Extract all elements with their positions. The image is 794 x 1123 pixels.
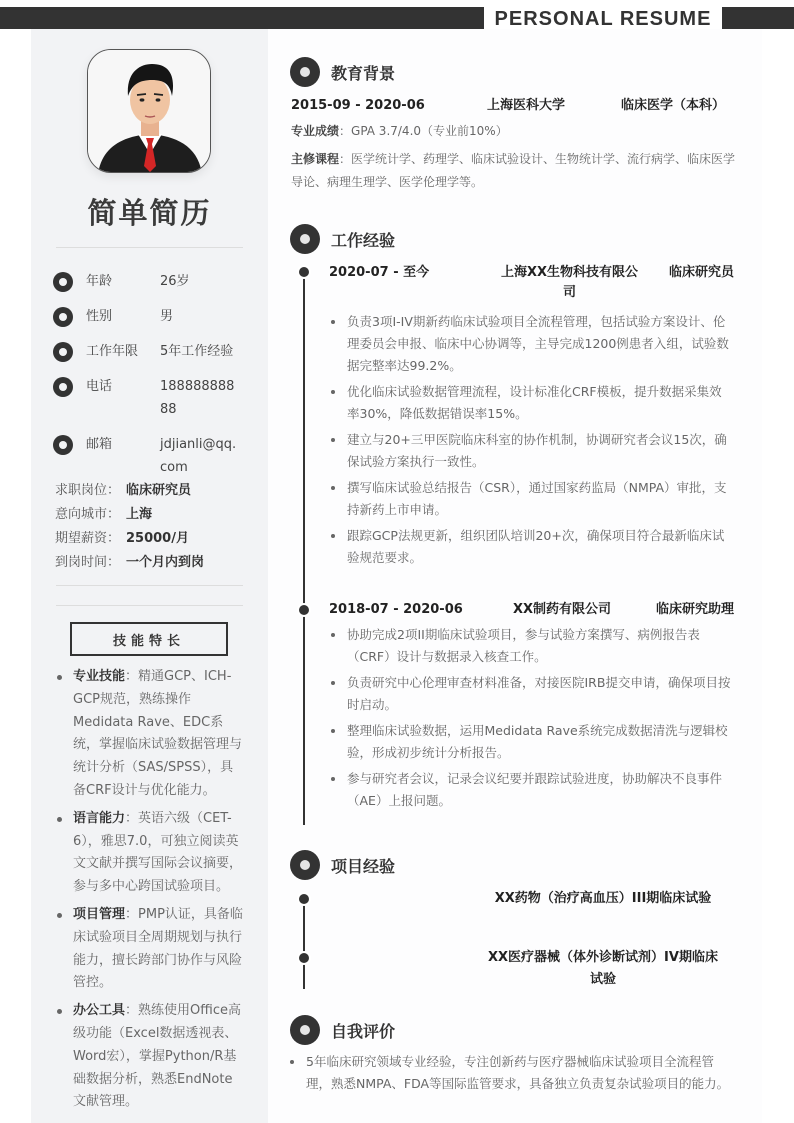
work-bullet: 建立与20+三甲医院临床科室的协作机制，协调研究者会议15次，确保试验方案执行一… <box>329 429 734 473</box>
section-title: 教育背景 <box>331 61 395 84</box>
work-bullet: 撰写临床试验总结报告（CSR），通过国家药监局（NMPA）审批，支持新药上市申请… <box>329 477 734 521</box>
education-courses: 主修课程：医学统计学、药理学、临床试验设计、生物统计学、流行病学、临床医学导论、… <box>291 148 736 194</box>
skills-title: 技能特长 <box>70 622 228 656</box>
section-header-projects: 项目经验 <box>290 850 395 880</box>
section-circle-icon <box>290 850 320 880</box>
score-text: ：GPA 3.7/4.0（专业前10%） <box>339 124 508 138</box>
divider <box>56 247 243 248</box>
timeline-dot-icon <box>297 892 311 906</box>
sidebar: 简单简历 年龄 26岁 性别 男 工作年限 5年工作经验 电话 18888888… <box>31 29 268 1123</box>
avatar <box>87 49 211 173</box>
info-label: 邮箱 <box>86 435 160 455</box>
job-label: 期望薪资： <box>55 527 126 551</box>
education-school: 上海医科大学 <box>487 96 621 116</box>
job-row: 期望薪资： 25000/月 <box>55 527 204 551</box>
work-company: 上海XX生物科技有限公司 <box>497 263 642 303</box>
work-bullet: 跟踪GCP法规更新，组织团队培训20+次，确保项目符合最新临床试验规范要求。 <box>329 525 734 569</box>
skill-text: ：精通GCP、ICH-GCP规范，熟练操作Medidata Rave、EDC系统… <box>73 669 242 798</box>
info-label: 性别 <box>86 307 160 327</box>
job-intention-list: 求职岗位： 临床研究员 意向城市： 上海 期望薪资： 25000/月 到岗时间：… <box>55 479 204 575</box>
bullet-circle-icon <box>53 342 73 362</box>
job-value: 临床研究员 <box>126 479 191 503</box>
work-period: 2020-07 - 至今 <box>329 263 497 303</box>
info-value: 26岁 <box>160 270 242 293</box>
work-period: 2018-07 - 2020-06 <box>329 600 497 620</box>
timeline-dot-icon <box>297 951 311 965</box>
section-header-work: 工作经验 <box>290 224 395 254</box>
skill-item: 语言能力：英语六级（CET-6），雅思7.0，可独立阅读英文文献并撰写国际会议摘… <box>55 808 245 899</box>
info-label: 工作年限 <box>86 342 160 362</box>
email-value[interactable]: jdjianli@qq.com <box>160 433 242 479</box>
section-header-education: 教育背景 <box>290 57 395 87</box>
info-row-phone: 电话 18888888888 <box>53 377 253 421</box>
timeline-dot-icon <box>297 603 311 617</box>
skills-list: 专业技能：精通GCP、ICH-GCP规范，熟练操作Medidata Rave、E… <box>55 666 245 1119</box>
section-title: 工作经验 <box>331 228 395 251</box>
self-eval-bullet: 5年临床研究领域专业经验，专注创新药与医疗器械临床试验项目全流程管理，熟悉NMP… <box>288 1051 734 1095</box>
info-row-gender: 性别 男 <box>53 307 253 328</box>
skill-item: 办公工具：熟练使用Office高级功能（Excel数据透视表、Word宏），掌握… <box>55 1000 245 1114</box>
section-title: 项目经验 <box>331 854 395 877</box>
work-position: 临床研究助理 <box>627 600 734 620</box>
main-content: 教育背景 2015-09 - 2020-06 上海医科大学 临床医学（本科） 专… <box>268 29 762 1123</box>
score-label: 专业成绩 <box>291 124 339 138</box>
info-value: 5年工作经验 <box>160 340 242 363</box>
info-row-email: 邮箱 jdjianli@qq.com <box>53 435 253 479</box>
timeline-line <box>303 275 305 825</box>
job-value: 上海 <box>126 503 152 527</box>
bullet-circle-icon <box>53 377 73 397</box>
section-header-self-eval: 自我评价 <box>290 1015 395 1045</box>
skill-item: 项目管理：PMP认证，具备临床试验项目全周期规划与执行能力，擅长跨部门协作与风险… <box>55 904 245 995</box>
work-bullet: 协助完成2项II期临床试验项目，参与试验方案撰写、病例报告表（CRF）设计与数据… <box>329 624 734 668</box>
divider <box>56 585 243 586</box>
work-bullet: 负责3项I-IV期新药临床试验项目全流程管理，包括试验方案设计、伦理委员会申报、… <box>329 311 734 377</box>
job-row: 意向城市： 上海 <box>55 503 204 527</box>
bullet-circle-icon <box>53 435 73 455</box>
work-bullets: 负责3项I-IV期新药临床试验项目全流程管理，包括试验方案设计、伦理委员会申报、… <box>329 311 734 573</box>
courses-text: ：医学统计学、药理学、临床试验设计、生物统计学、流行病学、临床医学导论、病理生理… <box>291 152 735 189</box>
job-row: 到岗时间： 一个月内到岗 <box>55 551 204 575</box>
info-label: 电话 <box>86 377 160 397</box>
timeline-dot-icon <box>297 265 311 279</box>
info-row-age: 年龄 26岁 <box>53 272 253 293</box>
skill-label: 项目管理 <box>73 907 125 922</box>
avatar-illustration-icon <box>88 50 211 173</box>
skill-label: 语言能力 <box>73 811 125 826</box>
work-bullet: 整理临床试验数据，运用Medidata Rave系统完成数据清洗与逻辑校验，形成… <box>329 720 734 764</box>
education-period: 2015-09 - 2020-06 <box>291 96 487 116</box>
work-bullet: 优化临床试验数据管理流程，设计标准化CRF模板，提升数据采集效率30%，降低数据… <box>329 381 734 425</box>
section-circle-icon <box>290 57 320 87</box>
work-header: 2018-07 - 2020-06 XX制药有限公司 临床研究助理 <box>329 600 734 620</box>
education-score: 专业成绩：GPA 3.7/4.0（专业前10%） <box>291 120 736 143</box>
timeline-line <box>303 903 305 953</box>
education-row: 2015-09 - 2020-06 上海医科大学 临床医学（本科） <box>291 96 731 116</box>
phone-value[interactable]: 18888888888 <box>160 375 242 421</box>
skill-text: ：熟练使用Office高级功能（Excel数据透视表、Word宏），掌握Pyth… <box>73 1003 241 1109</box>
skill-label: 专业技能 <box>73 669 125 684</box>
personal-info-list: 年龄 26岁 性别 男 工作年限 5年工作经验 电话 18888888888 邮… <box>53 272 253 493</box>
resume-name: 简单简历 <box>31 191 268 232</box>
work-bullet: 负责研究中心伦理审查材料准备，对接医院IRB提交申请，确保项目按时启动。 <box>329 672 734 716</box>
job-value: 25000/月 <box>126 527 189 551</box>
info-label: 年龄 <box>86 272 160 292</box>
skill-label: 办公工具 <box>73 1003 125 1018</box>
work-bullet: 参与研究者会议，记录会议纪要并跟踪试验进度，协助解决不良事件（AE）上报问题。 <box>329 768 734 812</box>
job-label: 意向城市： <box>55 503 126 527</box>
work-bullets: 协助完成2项II期临床试验项目，参与试验方案撰写、病例报告表（CRF）设计与数据… <box>329 624 734 816</box>
work-header: 2020-07 - 至今 上海XX生物科技有限公司 临床研究员 <box>329 263 734 303</box>
info-row-experience: 工作年限 5年工作经验 <box>53 342 253 363</box>
work-position: 临床研究员 <box>642 263 734 303</box>
info-value: 男 <box>160 305 242 328</box>
work-company: XX制药有限公司 <box>497 600 627 620</box>
bullet-circle-icon <box>53 307 73 327</box>
divider <box>56 605 243 606</box>
section-title: 自我评价 <box>331 1019 395 1042</box>
courses-label: 主修课程 <box>291 152 339 166</box>
timeline-line <box>303 963 305 989</box>
job-label: 到岗时间： <box>55 551 126 575</box>
self-eval-bullets: 5年临床研究领域专业经验，专注创新药与医疗器械临床试验项目全流程管理，熟悉NMP… <box>288 1051 734 1099</box>
section-circle-icon <box>290 1015 320 1045</box>
education-major: 临床医学（本科） <box>621 96 725 116</box>
skill-item: 专业技能：精通GCP、ICH-GCP规范，熟练操作Medidata Rave、E… <box>55 666 245 803</box>
project-title: XX药物（治疗高血压）III期临床试验 <box>488 888 718 910</box>
bullet-circle-icon <box>53 272 73 292</box>
section-circle-icon <box>290 224 320 254</box>
job-label: 求职岗位： <box>55 479 126 503</box>
job-value: 一个月内到岗 <box>126 551 204 575</box>
job-row: 求职岗位： 临床研究员 <box>55 479 204 503</box>
project-title: XX医疗器械（体外诊断试剂）IV期临床试验 <box>488 947 718 991</box>
